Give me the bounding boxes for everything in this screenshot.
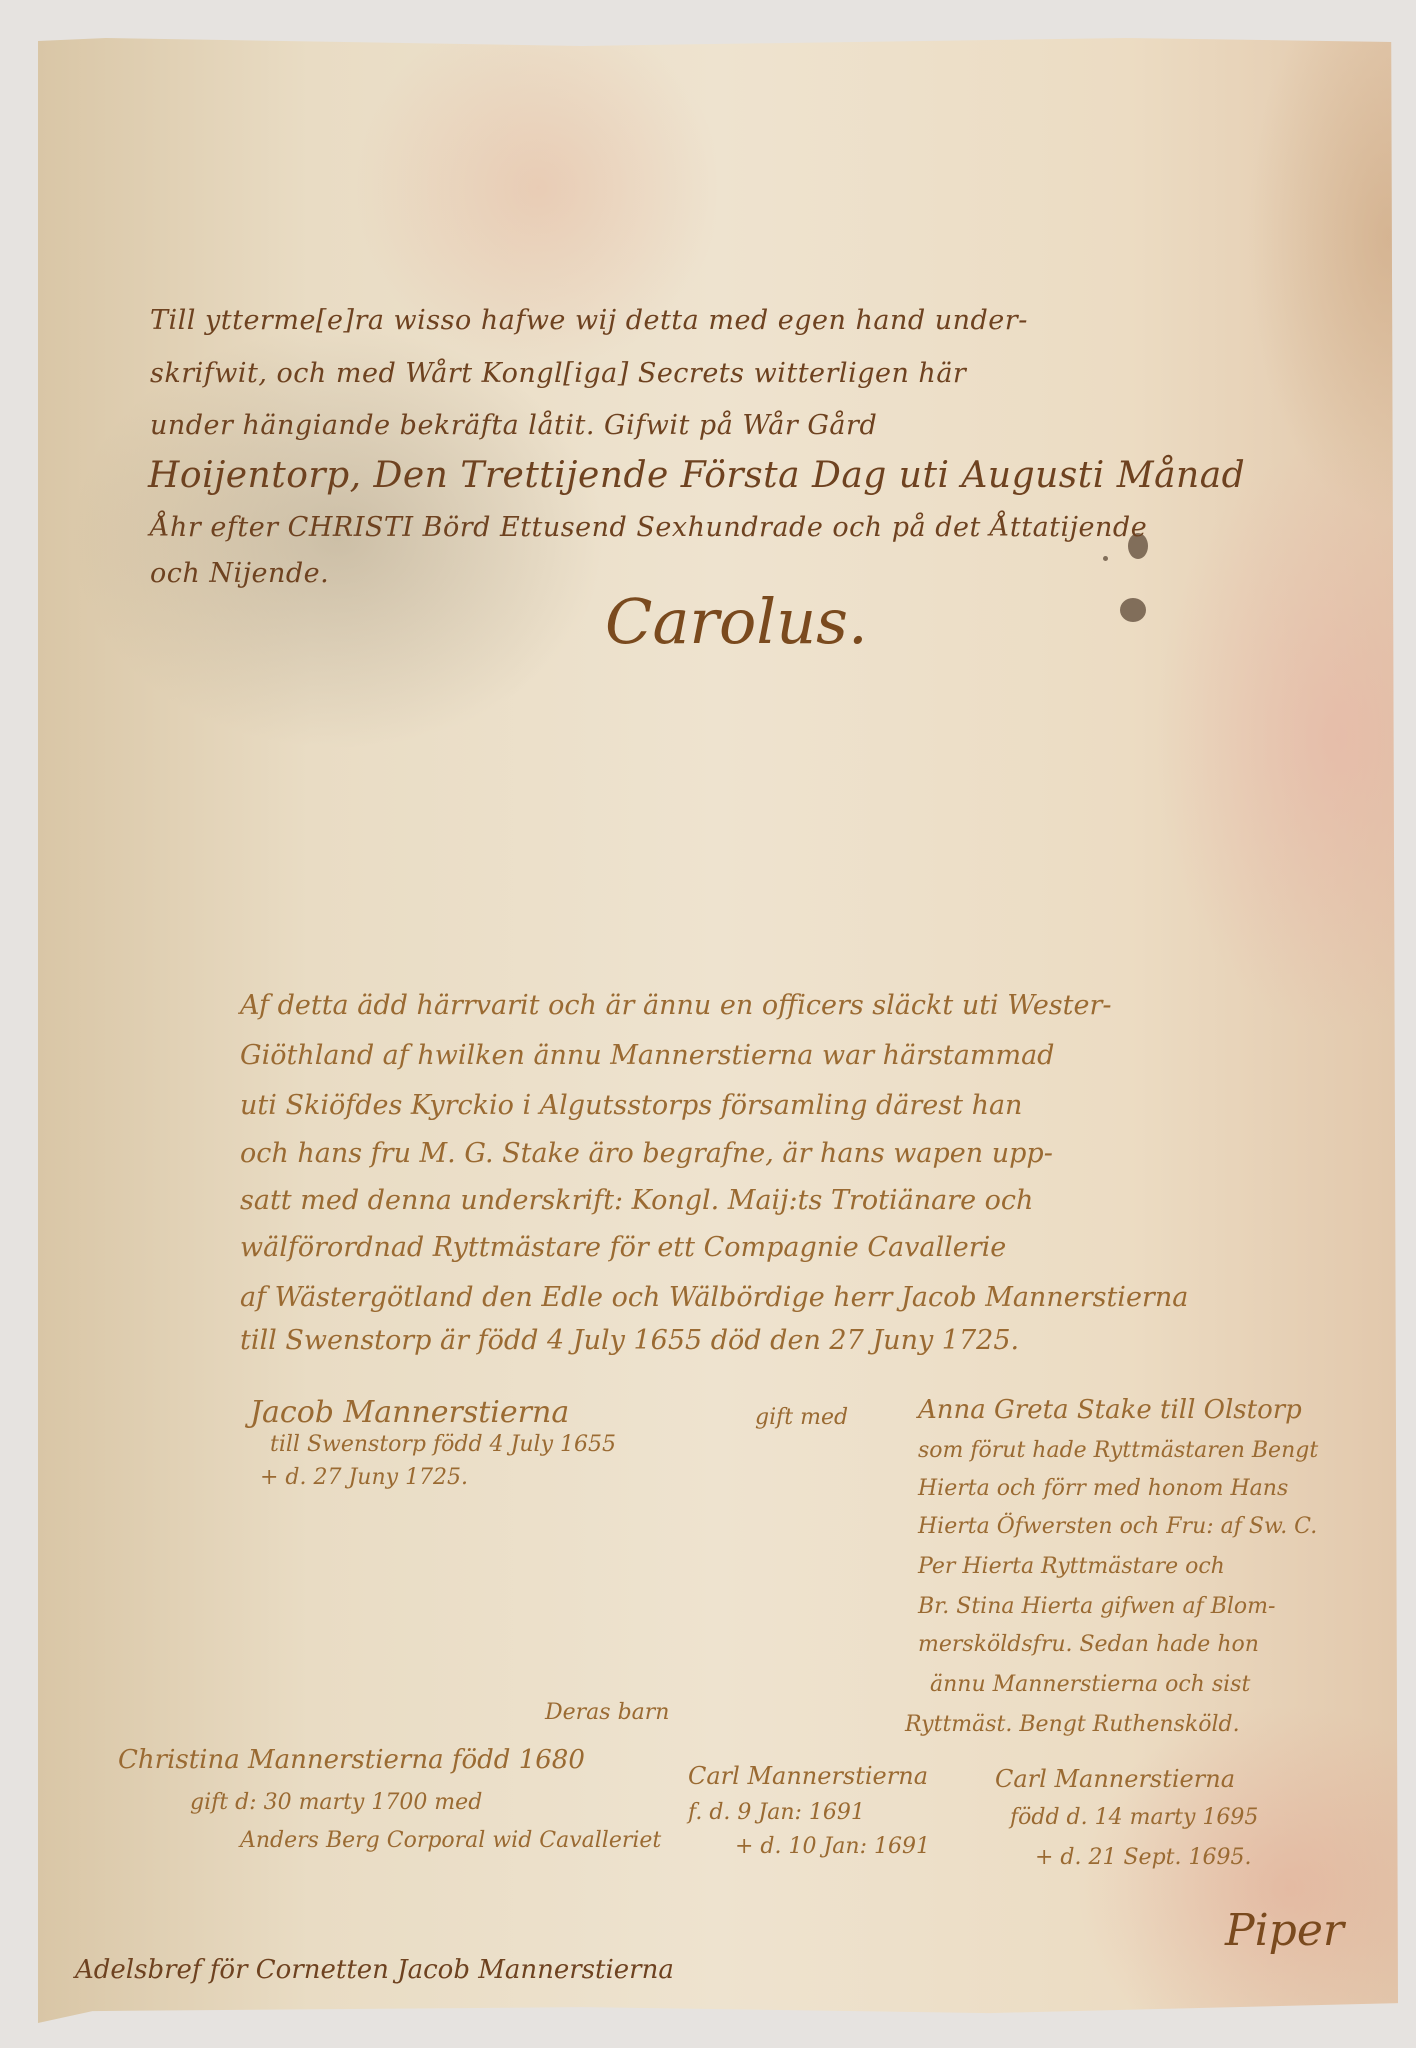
child-line: + d. 21 Sept. 1695. — [1035, 1845, 1251, 1870]
husband-death: + d. 27 Juny 1725. — [260, 1465, 468, 1490]
genealogy-line: Af detta ädd härrvarit och är ännu en of… — [240, 990, 1112, 1021]
royal-text-line: Till ytterme[e]ra wisso hafwe wij detta … — [150, 305, 1028, 336]
child-line: född d. 14 marty 1695 — [1010, 1805, 1258, 1830]
child-line: Carl Mannerstierna — [688, 1762, 928, 1790]
wife-line: Hierta och förr med honom Hans — [918, 1476, 1288, 1501]
signature-carolus: Carolus. — [605, 585, 868, 658]
child-line: gift d: 30 marty 1700 med — [190, 1790, 482, 1815]
genealogy-line: satt med denna underskrift: Kongl. Maij:… — [240, 1185, 1033, 1216]
genealogy-line: till Swenstorp är född 4 July 1655 död d… — [240, 1325, 1019, 1356]
ink-dot — [1103, 556, 1108, 561]
genealogy-line: uti Skiöfdes Kyrckio i Algutsstorps förs… — [240, 1090, 1022, 1121]
child-line: Christina Mannerstierna född 1680 — [118, 1745, 585, 1775]
countersignature: Piper — [1225, 1905, 1344, 1956]
child-line: Carl Mannerstierna — [995, 1765, 1235, 1793]
husband-birth: till Swenstorp född 4 July 1655 — [270, 1432, 616, 1457]
ink-blot — [1120, 598, 1146, 622]
royal-text-line: skrifwit, och med Wårt Kongl[iga] Secret… — [150, 358, 966, 389]
genealogy-line: af Wästergötland den Edle och Wälbördige… — [240, 1282, 1188, 1313]
wife-line: mersköldsfru. Sedan hade hon — [918, 1632, 1259, 1657]
wife-line: Br. Stina Hierta gifwen af Blom- — [918, 1594, 1275, 1619]
husband-name: Jacob Mannerstierna — [250, 1395, 569, 1430]
wife-line: Per Hierta Ryttmästare och — [918, 1554, 1225, 1579]
royal-text-line: under hängiande bekräfta låtit. Gifwit p… — [150, 410, 877, 441]
royal-text-line: Åhr efter CHRISTI Börd Ettusend Sexhundr… — [150, 512, 1147, 543]
royal-text-line: och Nijende. — [150, 558, 329, 589]
wife-line: Hierta Öfwersten och Fru: af Sw. C. — [918, 1514, 1317, 1539]
children-heading: Deras barn — [545, 1700, 669, 1725]
genealogy-line: och hans fru M. G. Stake äro begrafne, ä… — [240, 1138, 1053, 1169]
wife-line: som förut hade Ryttmästaren Bengt — [918, 1438, 1318, 1463]
child-line: Anders Berg Corporal wid Cavalleriet — [240, 1828, 661, 1853]
wife-line: Anna Greta Stake till Olstorp — [918, 1395, 1302, 1425]
wife-line: Ryttmäst. Bengt Ruthensköld. — [905, 1712, 1240, 1737]
wife-line: ännu Mannerstierna och sist — [930, 1672, 1250, 1697]
genealogy-line: wälförordnad Ryttmästare för ett Compagn… — [240, 1232, 1006, 1263]
married-label: gift med — [755, 1405, 848, 1430]
child-line: f. d. 9 Jan: 1691 — [688, 1800, 865, 1825]
genealogy-line: Giöthland af hwilken ännu Mannerstierna … — [240, 1040, 1054, 1071]
child-line: + d. 10 Jan: 1691 — [735, 1834, 930, 1859]
footer-note: Adelsbref för Cornetten Jacob Mannerstie… — [75, 1955, 674, 1985]
royal-text-line: Hoijentorp, Den Trettijende Första Dag u… — [148, 455, 1245, 496]
